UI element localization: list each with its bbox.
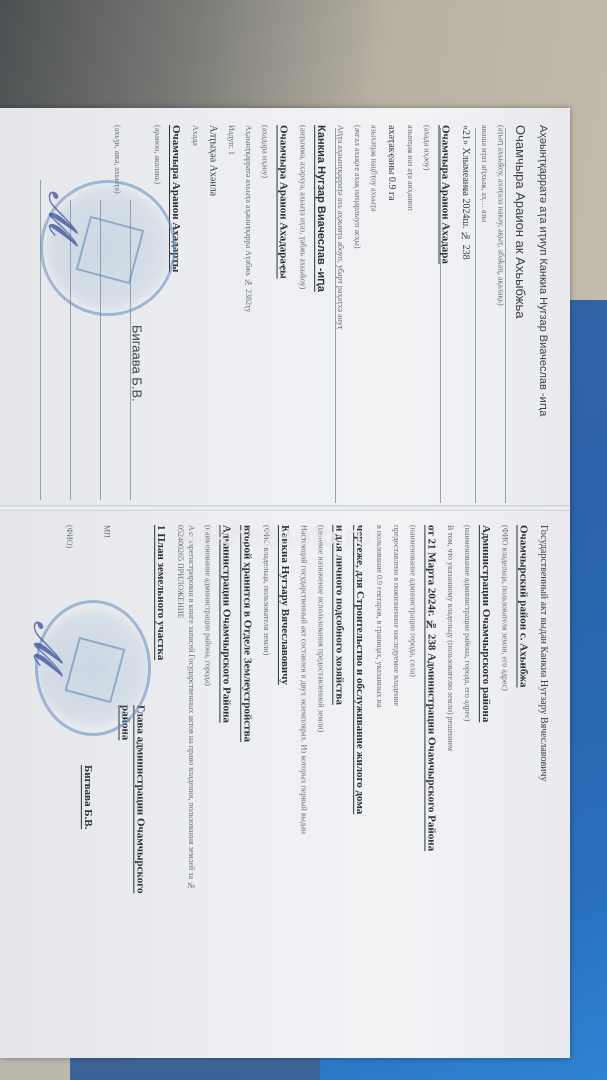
text-line: «21» Хлымеанҩа 2024ш. № 238: [459, 125, 473, 500]
text-line: Настоящий государственный акт составлен …: [298, 525, 309, 915]
text-line: азыхәҵаҩ иацбҭоу ахьыҭа: [368, 125, 379, 500]
text-line: Очамчырский район с. Ахьибжа: [516, 525, 531, 915]
text-line: (анҭымма, ахәрхуа, ахьыҭа иҭаз, ҭабжь ах…: [297, 125, 308, 500]
text-line: Очамчыра Араион ак Ахьыбжьа: [512, 125, 530, 500]
text-line: Администрации Очамчырского района: [478, 525, 493, 915]
text-line: (ахада иҳәоу): [421, 125, 432, 500]
text-line: 1 План земельного участка: [153, 525, 168, 915]
text-line: Иадуп: 1: [225, 125, 236, 500]
watermark: abkhazauto.ru: [182, 520, 372, 552]
text-line: чертеже, для Строительство и обслуживани…: [352, 525, 367, 915]
text-line: (ФИО владельца, пользователя земли, его …: [499, 525, 510, 915]
text-line: Очамчыра Араион Ахадара: [438, 125, 453, 500]
text-line: Акт зарегистрирован в книге записей Госу…: [174, 525, 196, 915]
text-line: ахәҭакҿаны 0.9 га: [385, 125, 399, 500]
text-line: В том, что указанному владельцу (пользов…: [444, 525, 455, 915]
text-line: (наименование администрации района, горо…: [461, 525, 472, 915]
document-fold: [0, 505, 570, 511]
text-line: Государственный акт выдан Канкиа Нугзару…: [537, 525, 551, 915]
text-line: Бигаава Б.В.: [128, 125, 146, 500]
text-line: Очамчыра Араион Ахадарҭы: [168, 125, 183, 500]
text-line: Алҭыҳәа Ахәила: [206, 125, 220, 500]
text-line: от 21 Марта 2024г. № 238 Администрации О…: [424, 525, 439, 915]
text-line: (ФИО владельца, пользователя земли): [260, 525, 271, 915]
text-line: Аҳәынҭқарратә ахьыҭа аҳәынҭқарра Аҭабжь …: [242, 125, 253, 500]
text-line: азынҵаҩ иаз аҭа аиҳанюп: [404, 125, 415, 500]
text-line: (араион, акалакь): [151, 125, 162, 500]
text-line: (ахадара иҳәоу): [259, 125, 270, 500]
text-line: второй хранится в Отделе Землеустройства: [239, 525, 254, 915]
text-line: (целевое назначение использования предос…: [315, 525, 326, 915]
signature: 𝓜: [24, 621, 70, 666]
text-line: аиаша иҭаз аԥхьаҩ, аҳ… азы: [478, 125, 489, 500]
text-line: Очамчыра Араион Ахадараҿы: [276, 125, 291, 500]
text-line: Ахада: [189, 125, 200, 500]
text-line: Администрации Очамчырского Района: [219, 525, 234, 915]
text-line: (ачгал ахьқаҿ ахақ иаҵарлыуп асҳы): [351, 125, 362, 500]
signature: 𝓜: [39, 191, 85, 236]
text-line: (аҭыԥ ахьыҟоу, ахәҭала иакәу, ақыҭ, абаҟ…: [495, 125, 506, 500]
text-line: Канкиа Нугзар Виачеслав -иԥа: [313, 125, 328, 500]
text-line: Аҳәынҭқарратә аҭа иҭиуп Канкиа Нугзар Ви…: [535, 125, 550, 500]
text-line: (наименование администрации района, горо…: [202, 525, 213, 915]
text-line: (наименование администрации города, села…: [407, 525, 418, 915]
text-line: в пользование 0.9 гектаров, в границах, …: [373, 525, 384, 915]
text-line: предоставлено в пожизненное наследуемое …: [390, 525, 401, 915]
text-line: и для личного подсобного хозяйства: [332, 525, 347, 915]
text-line: Аԥҭа аҳәынҭқарраҭә ахь аҳәымҭа абоуп, уб…: [334, 125, 345, 500]
text-line: Канкиа Нугзару Вячеславовичу: [277, 525, 292, 915]
